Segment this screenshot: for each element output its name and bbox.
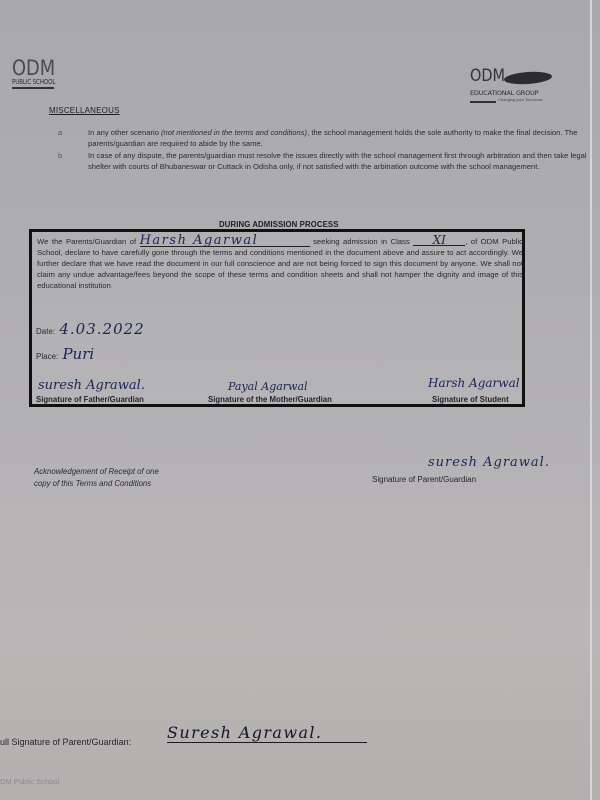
odm-educational-group-logo: ODM EDUCATIONAL GROUP Changing your Tomo… [470,68,560,102]
miscellaneous-heading: MISCELLANEOUS [49,106,120,115]
logo-tagline: Changing your Tomorrow [498,97,560,102]
declaration-part: seeking admission in Class [313,237,410,246]
logo-subtitle: EDUCATIONAL GROUP [470,89,560,97]
father-signature[interactable]: suresh Agrawal. [38,378,145,393]
logo-subtitle: PUBLIC SCHOOL [12,78,55,86]
logo-brand: ODM [470,68,505,84]
place-label: Place: [36,352,58,361]
clause-b: b In case of any dispute, the parents/gu… [88,150,588,173]
acknowledgement-line: Acknowledgement of Receipt of one [34,466,159,478]
clause-letter: b [58,150,62,161]
declaration-text: We the Parents/Guardian of Harsh Agarwal… [37,235,523,291]
acknowledgement-signature[interactable]: suresh Agrawal. [428,455,550,470]
acknowledgement-text: Acknowledgement of Receipt of one copy o… [34,466,159,490]
declaration-part: We the Parents/Guardian of [37,237,136,246]
acknowledgement-signature-label: Signature of Parent/Guardian [372,475,476,484]
admission-heading: DURING ADMISSION PROCESS [219,220,339,229]
paper-edge [590,0,592,800]
clause-text: In any other scenario [88,128,161,137]
logo-underline [470,101,496,103]
place-field[interactable]: Puri [62,345,94,363]
footer-school-name: DM Public School [0,777,59,786]
place-row: Place: Puri [36,345,94,363]
mother-signature[interactable]: Payal Agarwal [228,380,308,393]
date-label: Date: [36,327,55,336]
clause-letter: a [58,127,62,138]
clause-text-italic: (not mentioned in the terms and conditio… [161,128,307,137]
clause-a: a In any other scenario (not mentioned i… [88,127,588,150]
clause-text: In case of any dispute, the parents/guar… [88,151,587,171]
father-signature-label: Signature of Father/Guardian [36,395,144,404]
date-field[interactable]: 4.03.2022 [59,320,144,338]
admission-declaration-box: We the Parents/Guardian of Harsh Agarwal… [29,229,525,407]
student-name-field[interactable]: Harsh Agarwal [140,236,310,247]
student-signature[interactable]: Harsh Agarwal [428,376,520,390]
mother-signature-label: Signature of the Mother/Guardian [208,395,332,404]
runner-swoosh-icon [504,70,553,85]
full-signature-label: ull Signature of Parent/Guardian: [0,737,131,747]
full-signature-field[interactable]: Suresh Agrawal. [167,723,367,743]
acknowledgement-line: copy of this Terms and Conditions [34,478,159,490]
student-signature-label: Signature of Student [432,395,509,404]
date-row: Date: 4.03.2022 [36,320,145,338]
odm-public-school-logo: ODM PUBLIC SCHOOL [12,58,66,89]
class-field[interactable]: XI [413,235,465,246]
logo-brand: ODM [12,58,58,78]
logo-underline [12,87,54,89]
